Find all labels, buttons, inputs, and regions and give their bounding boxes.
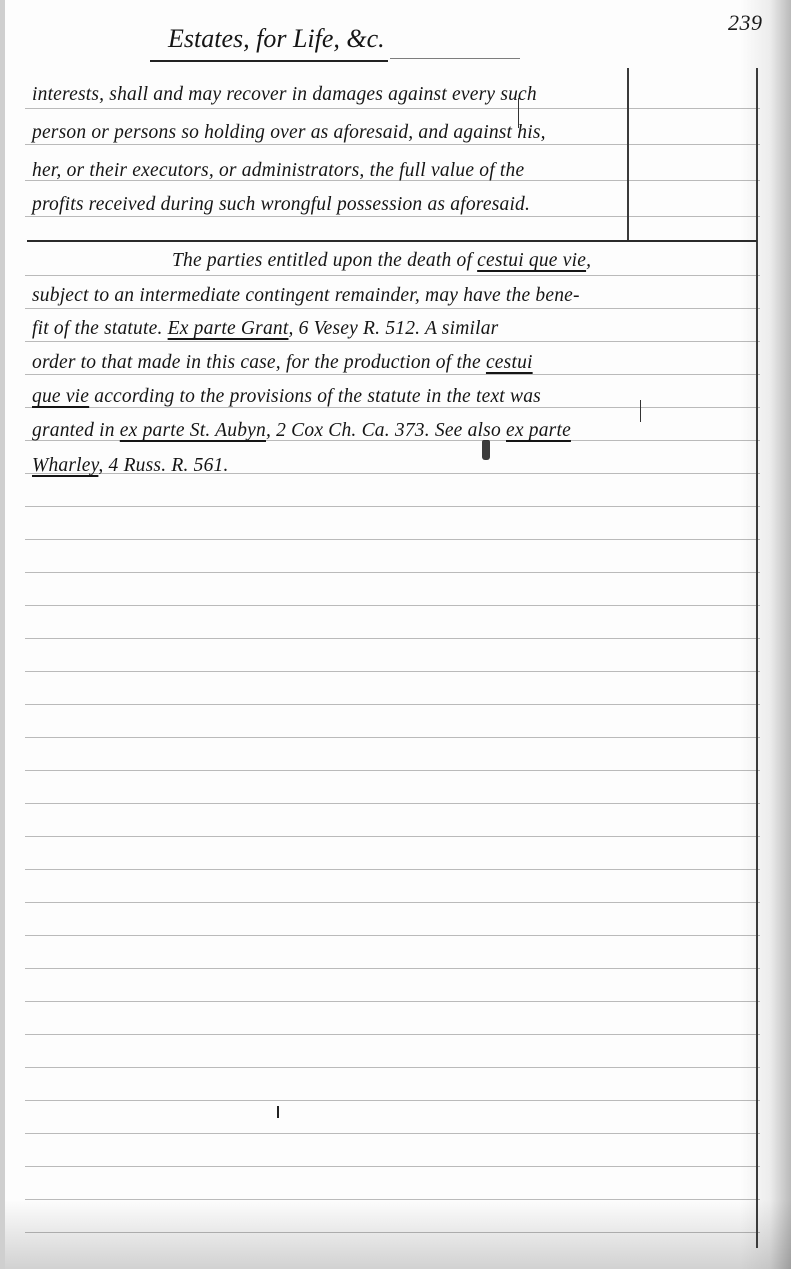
ruled-line [25,1133,760,1134]
case-citation: ex parte St. Aubyn [120,420,266,441]
note-text: subject to an intermediate contingent re… [32,285,580,306]
note-line: Wharley, 4 Russ. R. 561. [32,455,229,477]
ink-blot [482,440,490,460]
ruled-line [25,1100,760,1101]
note-text: , 4 Russ. R. 561. [98,455,228,476]
note-line: fit of the statute. Ex parte Grant, 6 Ve… [32,318,498,340]
statute-line: interests, shall and may recover in dama… [32,84,537,106]
ruled-line [25,704,760,705]
note-line: que vie according to the provisions of t… [32,386,541,408]
ruled-line [25,275,760,276]
ruled-line [25,737,760,738]
ruled-line [25,308,760,309]
ruled-line [25,968,760,969]
statute-line: person or persons so holding over as afo… [32,122,546,144]
ruled-line [25,108,760,109]
ruled-line [25,374,760,375]
statute-line: her, or their executors, or administrato… [32,160,524,182]
ruled-line [25,144,760,145]
case-citation: Ex parte Grant [168,318,289,339]
ink-mark [277,1106,279,1118]
ruled-line [25,1067,760,1068]
case-citation: cestui que vie [477,250,586,271]
ruled-line [25,1199,760,1200]
manuscript-page: 239 Estates, for Life, &c. interests, sh… [0,0,791,1269]
ruled-line [25,803,760,804]
note-text: , [586,250,591,271]
note-text: fit of the statute. [32,318,168,339]
note-line: The parties entitled upon the death of c… [172,250,591,272]
section-divider [27,240,757,242]
stray-pen-mark [640,400,641,422]
ruled-line [25,1166,760,1167]
ruled-line [25,539,760,540]
note-line: subject to an intermediate contingent re… [32,285,580,307]
ruled-line [25,216,760,217]
note-line: order to that made in this case, for the… [32,352,533,374]
stray-pen-mark [518,98,519,128]
heading-underline [150,60,388,62]
ruled-line [25,869,760,870]
heading-rule-tail [390,58,520,59]
outer-margin-rule [756,68,758,1248]
case-citation: que vie [32,386,89,407]
page-heading: Estates, for Life, &c. [168,24,385,54]
case-citation: ex parte [506,420,571,441]
inner-margin-rule [627,68,629,241]
note-text: granted in [32,420,120,441]
ruled-line [25,341,760,342]
ruled-line [25,1232,760,1233]
note-text: , 6 Vesey R. 512. A similar [289,318,499,339]
page-number: 239 [728,10,763,36]
case-citation: cestui [486,352,533,373]
statute-line: profits received during such wrongful po… [32,194,530,216]
ruled-line [25,902,760,903]
note-text: order to that made in this case, for the… [32,352,486,373]
ruled-line [25,1034,760,1035]
ruled-line [25,836,760,837]
scan-edge-strip [0,0,5,1269]
ruled-line [25,605,760,606]
note-text: according to the provisions of the statu… [89,386,541,407]
ruled-lines [25,0,785,1269]
ruled-line [25,1001,760,1002]
ruled-line [25,506,760,507]
note-text: The parties entitled upon the death of [172,250,477,271]
case-citation: Wharley [32,455,98,476]
ruled-line [25,572,760,573]
ruled-line [25,770,760,771]
note-line: granted in ex parte St. Aubyn, 2 Cox Ch.… [32,420,571,442]
ruled-line [25,671,760,672]
ruled-line [25,638,760,639]
ruled-line [25,935,760,936]
note-text: , 2 Cox Ch. Ca. 373. See also [266,420,506,441]
